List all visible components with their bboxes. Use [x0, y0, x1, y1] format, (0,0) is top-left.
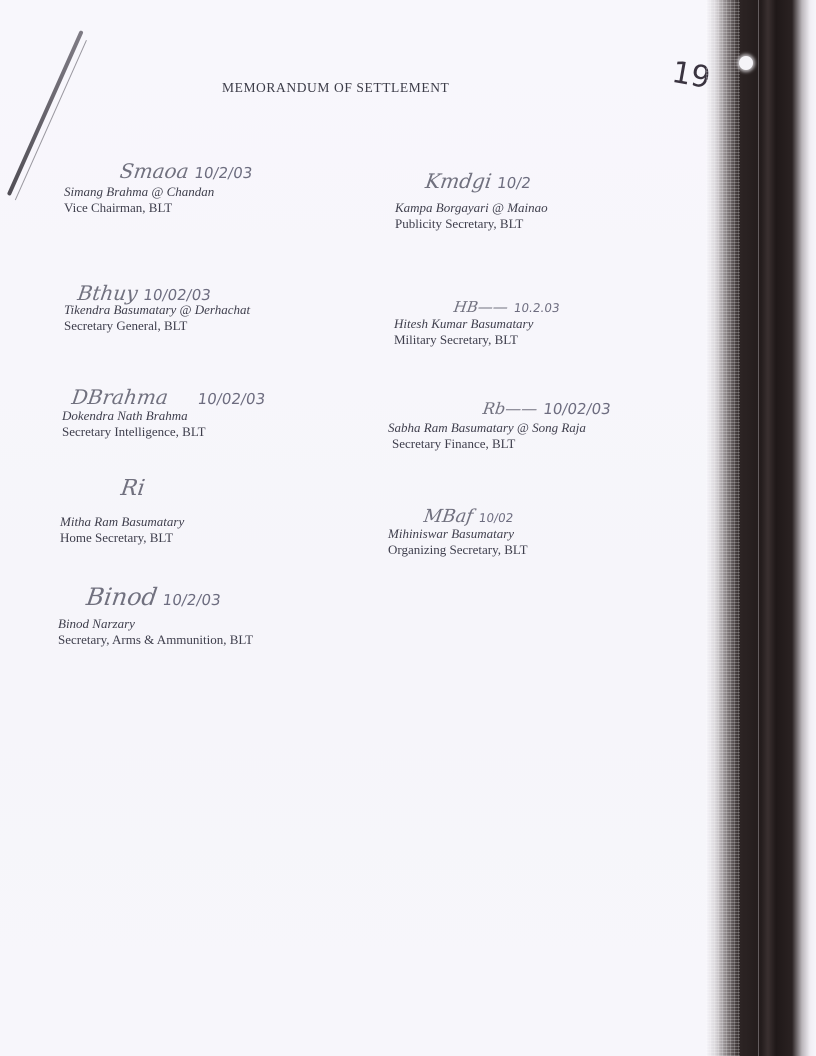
signatory-block: Rb——10/02/03 Sabha Ram Basumatary @ Song…	[388, 398, 611, 452]
signature-date: 10/02/03	[542, 400, 612, 418]
signatory-role: Secretary Finance, BLT	[392, 436, 611, 452]
signatory-block: HB——10.2.03 Hitesh Kumar Basumatary Mili…	[394, 296, 560, 348]
document-page: MEMORANDUM OF SETTLEMENT Smaoa10/2/03 Si…	[0, 0, 816, 1056]
signature-date: 10/2/03	[193, 164, 253, 182]
signature-date	[149, 481, 152, 499]
handwritten-signature: Smaoa10/2/03	[118, 160, 254, 184]
signature-scrawl: Ri	[119, 476, 146, 501]
signatory-name: Sabha Ram Basumatary @ Song Raja	[388, 420, 611, 436]
signatory-name: Simang Brahma @ Chandan	[64, 184, 252, 200]
signature-scrawl: Binod	[85, 583, 160, 611]
signature-date: 10/02	[478, 511, 515, 525]
signature-date: 10/02/03	[142, 286, 212, 304]
handwritten-signature: DBrahma10/02/03	[70, 386, 266, 408]
scanner-edge-shadow	[706, 0, 816, 1056]
signature-date: 10/2/03	[161, 591, 221, 609]
signatory-block: DBrahma10/02/03 Dokendra Nath Brahma Sec…	[62, 386, 265, 440]
signatory-block: Kmdgi10/2 Kampa Borgayari @ Mainao Publi…	[395, 170, 548, 232]
signatory-block: MBaf10/02 Mihiniswar Basumatary Organizi…	[388, 506, 528, 558]
signatory-name: Mihiniswar Basumatary	[388, 526, 528, 542]
signatory-role: Vice Chairman, BLT	[64, 200, 252, 216]
signatory-name: Binod Narzary	[58, 616, 253, 632]
signatory-role: Organizing Secretary, BLT	[388, 542, 528, 558]
signatory-block: Smaoa10/2/03 Simang Brahma @ Chandan Vic…	[64, 160, 252, 216]
signatory-block: Bthuy10/02/03 Tikendra Basumatary @ Derh…	[64, 282, 250, 334]
handwritten-signature: Bthuy10/02/03	[77, 282, 252, 302]
signature-scrawl: Kmdgi	[424, 169, 493, 193]
signature-scrawl: Bthuy	[76, 281, 139, 305]
signatory-role: Secretary, Arms & Ammunition, BLT	[58, 632, 253, 648]
signatory-role: Publicity Secretary, BLT	[395, 216, 548, 232]
signature-scrawl: DBrahma	[70, 385, 169, 409]
signatory-block: Ri Mitha Ram Basumatary Home Secretary, …	[60, 478, 184, 546]
document-title: MEMORANDUM OF SETTLEMENT	[222, 80, 449, 96]
handwritten-signature: Kmdgi10/2	[423, 170, 550, 200]
signatory-name: Hitesh Kumar Basumatary	[394, 316, 560, 332]
handwritten-signature: Ri	[117, 478, 186, 514]
signatory-role: Secretary Intelligence, BLT	[62, 424, 265, 440]
signature-date: 10/02/03	[196, 390, 266, 408]
signatory-block: Binod10/2/03 Binod Narzary Secretary, Ar…	[58, 586, 253, 648]
handwritten-signature: MBaf10/02	[423, 506, 529, 526]
signatory-name: Kampa Borgayari @ Mainao	[395, 200, 548, 216]
signature-date: 10.2.03	[513, 301, 561, 315]
handwritten-signature: Binod10/2/03	[84, 586, 255, 616]
signatory-name: Mitha Ram Basumatary	[60, 514, 184, 530]
signatory-role: Secretary General, BLT	[64, 318, 250, 334]
handwritten-signature: HB——10.2.03	[453, 296, 562, 316]
signature-scrawl: HB——	[453, 298, 510, 316]
signature-scrawl: MBaf	[422, 506, 474, 527]
signature-date: 10/2	[496, 174, 532, 192]
handwritten-signature: Rb——10/02/03	[481, 398, 612, 420]
signatory-name: Dokendra Nath Brahma	[62, 408, 265, 424]
signature-scrawl: Smaoa	[118, 159, 190, 183]
signatory-role: Military Secretary, BLT	[394, 332, 560, 348]
signature-scrawl: Rb——	[482, 399, 539, 418]
signatory-role: Home Secretary, BLT	[60, 530, 184, 546]
punch-hole	[739, 56, 753, 70]
